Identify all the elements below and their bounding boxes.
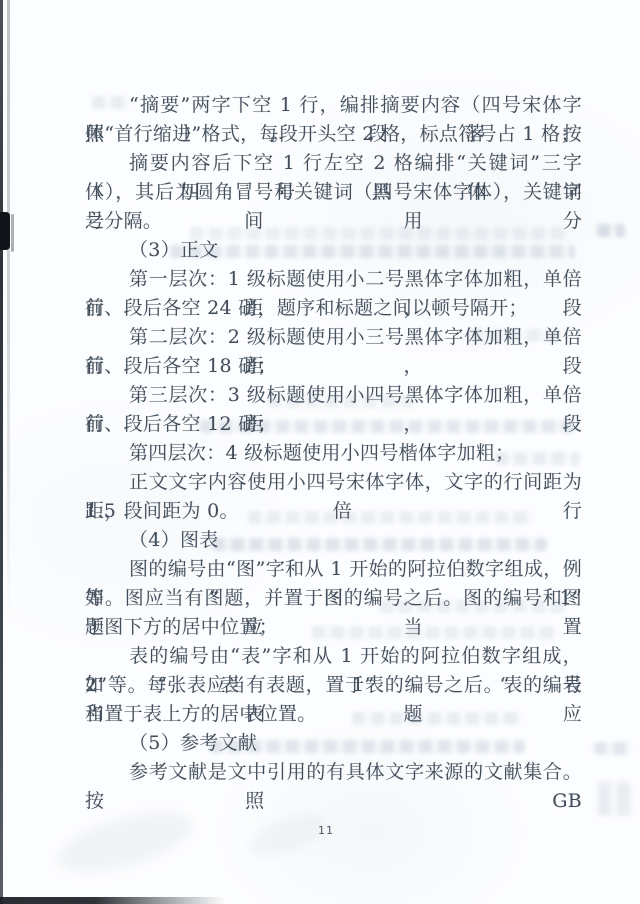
text-line: 第二层次：2 级标题使用小三号黑体字体加粗，单倍行距，段 xyxy=(85,323,582,352)
scan-edge-left-line xyxy=(0,0,3,904)
page-number: 11 xyxy=(306,824,346,837)
bleed-through-smudge xyxy=(594,742,632,755)
text-line: 2”等。每张表应当有表题，置于表的编号之后。表的编号和表题应 xyxy=(85,671,582,700)
bleed-through-smudge xyxy=(597,224,625,237)
text-line: 参考文献是文中引用的有具体文字来源的文献集合。按照 GB xyxy=(85,758,582,787)
text-line: 第一层次：1 级标题使用小二号黑体字体加粗，单倍行距，段 xyxy=(85,265,582,294)
text-line: 第三层次：3 级标题使用小四号黑体字体加粗，单倍行距，段 xyxy=(85,381,582,410)
text-line: 正文文字内容使用小四号宋体字体，文字的行间距为 1.5 倍行 xyxy=(85,468,582,497)
section-heading: （4）图表 xyxy=(85,526,582,555)
binder-mark-line xyxy=(11,214,14,252)
text-line: 前、段后各空 18 磅； xyxy=(85,352,582,381)
scan-edge-gray-line xyxy=(7,0,10,620)
section-heading: （5）参考文献 xyxy=(85,729,582,758)
text-line: 前、段后各空 24 磅，题序和标题之间以顿号隔开； xyxy=(85,294,582,323)
text-line: 体），其后为圆角冒号和关键词（四号宋体字体），关键词之间用分 xyxy=(85,178,582,207)
scan-edge-bottom-line xyxy=(0,897,260,904)
section-heading: （3）正文 xyxy=(85,236,582,265)
scanned-page: “摘要”两字下空 1 行，编排摘要内容（四号宋体字体）。段落按 照“首行缩进”格… xyxy=(0,0,640,904)
text-line: 等。图应当有图题，并置于图的编号之后。图的编号和图题应当置 xyxy=(85,584,582,613)
bleed-through-smudge xyxy=(598,782,632,816)
text-line: 照“首行缩进”格式，每段开头空 2 格，标点符号占 1 格； xyxy=(85,120,582,149)
text-line: 当置于表上方的居中位置。 xyxy=(85,700,582,729)
binder-mark xyxy=(0,212,10,250)
text-line: 表的编号由“表”字和从 1 开始的阿拉伯数字组成，如“表 1”、“表 xyxy=(85,642,582,671)
text-line: 摘要内容后下空 1 行左空 2 格编排“关键词”三字（四号黑体字 xyxy=(85,149,582,178)
text-line: 第四层次：4 级标题使用小四号楷体字加粗； xyxy=(85,439,582,468)
text-line: 号分隔。 xyxy=(85,207,582,236)
text-line: “摘要”两字下空 1 行，编排摘要内容（四号宋体字体）。段落按 xyxy=(85,91,582,120)
text-line: 于图下方的居中位置； xyxy=(85,613,582,642)
text-line: 图的编号由“图”字和从 1 开始的阿拉伯数字组成，例如“图 1” xyxy=(85,555,582,584)
text-line: 前、段后各空 12 磅； xyxy=(85,410,582,439)
text-line: 距，段间距为 0。 xyxy=(85,497,582,526)
